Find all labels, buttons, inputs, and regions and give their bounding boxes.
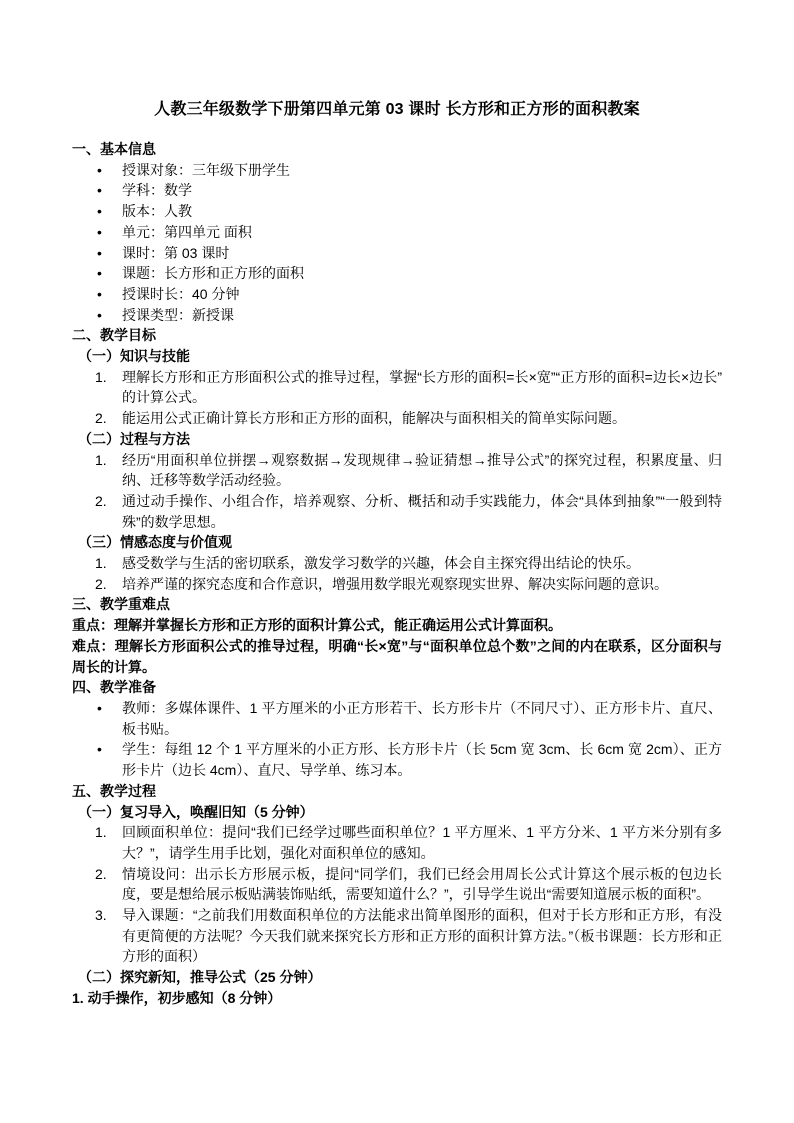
numbered-item: 2.通过动手操作、小组合作，培养观察、分析、概括和动手实践能力，体会“具体到抽象… — [72, 491, 722, 532]
emphasis-paragraph: 重点：理解并掌握长方形和正方形的面积计算公式，能正确运用公式计算面积。 — [72, 615, 722, 636]
bullet-icon: • — [97, 284, 122, 305]
list-item-text: 版本：人教 — [122, 201, 722, 222]
list-number: 2. — [95, 574, 122, 595]
list-item-text: 经历“用面积单位拼摆→观察数据→发现规律→验证猜想→推导公式”的探究过程，积累度… — [122, 450, 722, 491]
sub-heading: （二）探究新知，推导公式（25 分钟） — [72, 967, 722, 988]
bullet-item: •教师：多媒体课件、1 平方厘米的小正方形若干、长方形卡片（不同尺寸）、正方形卡… — [72, 698, 722, 739]
bullet-item: •课题：长方形和正方形的面积 — [72, 263, 722, 284]
list-item-text: 导入课题：“之前我们用数面积单位的方法能求出简单图形的面积，但对于长方形和正方形… — [122, 905, 722, 967]
list-number: 2. — [95, 408, 122, 429]
numbered-item: 1.经历“用面积单位拼摆→观察数据→发现规律→验证猜想→推导公式”的探究过程，积… — [72, 450, 722, 491]
section-heading: 四、教学准备 — [72, 677, 722, 698]
bullet-item: •学科：数学 — [72, 180, 722, 201]
document-page: 人教三年级数学下册第四单元第 03 课时 长方形和正方形的面积教案 一、基本信息… — [0, 0, 794, 1123]
list-item-text: 单元：第四单元 面积 — [122, 222, 722, 243]
numbered-item: 1.回顾面积单位：提问“我们已经学过哪些面积单位？1 平方厘米、1 平方分米、1… — [72, 822, 722, 863]
list-number: 1. — [95, 553, 122, 574]
bullet-icon: • — [97, 180, 122, 201]
bullet-item: •单元：第四单元 面积 — [72, 222, 722, 243]
list-number: 2. — [95, 864, 122, 885]
bullet-icon: • — [97, 263, 122, 284]
bullet-item: •授课对象：三年级下册学生 — [72, 160, 722, 181]
section-heading: 二、教学目标 — [72, 325, 722, 346]
bullet-item: •授课时长：40 分钟 — [72, 284, 722, 305]
list-number: 3. — [95, 905, 122, 926]
numbered-item: 2.情境设问：出示长方形展示板，提问“同学们，我们已经会用周长公式计算这个展示板… — [72, 864, 722, 905]
numbered-item: 1.感受数学与生活的密切联系，激发学习数学的兴趣，体会自主探究得出结论的快乐。 — [72, 553, 722, 574]
numbered-item: 2.培养严谨的探究态度和合作意识，增强用数学眼光观察现实世界、解决实际问题的意识… — [72, 574, 722, 595]
bullet-icon: • — [97, 243, 122, 264]
sub-heading: （二）过程与方法 — [72, 429, 722, 450]
list-number: 1. — [95, 367, 122, 388]
list-item-text: 理解长方形和正方形面积公式的推导过程，掌握“长方形的面积=长×宽”“正方形的面积… — [122, 367, 722, 408]
numbered-item: 3.导入课题：“之前我们用数面积单位的方法能求出简单图形的面积，但对于长方形和正… — [72, 905, 722, 967]
document-blocks: 一、基本信息•授课对象：三年级下册学生•学科：数学•版本：人教•单元：第四单元 … — [72, 139, 722, 1009]
bullet-icon: • — [97, 305, 122, 326]
list-item-text: 培养严谨的探究态度和合作意识，增强用数学眼光观察现实世界、解决实际问题的意识。 — [122, 574, 722, 595]
list-item-text: 授课类型：新授课 — [122, 305, 722, 326]
list-item-text: 情境设问：出示长方形展示板，提问“同学们，我们已经会用周长公式计算这个展示板的包… — [122, 864, 722, 905]
section-heading: 五、教学过程 — [72, 781, 722, 802]
bullet-item: •授课类型：新授课 — [72, 305, 722, 326]
bullet-icon: • — [97, 201, 122, 222]
bold-numbered-heading: 1. 动手操作，初步感知（8 分钟） — [72, 988, 722, 1009]
sub-heading: （三）情感态度与价值观 — [72, 532, 722, 553]
list-item-text: 学生：每组 12 个 1 平方厘米的小正方形、长方形卡片（长 5cm 宽 3cm… — [122, 739, 722, 780]
emphasis-paragraph: 难点：理解长方形面积公式的推导过程，明确“长×宽”与“面积单位总个数”之间的内在… — [72, 636, 722, 677]
list-item-text: 课时：第 03 课时 — [122, 243, 722, 264]
list-item-text: 教师：多媒体课件、1 平方厘米的小正方形若干、长方形卡片（不同尺寸）、正方形卡片… — [122, 698, 722, 739]
sub-heading: （一）知识与技能 — [72, 346, 722, 367]
bullet-item: •学生：每组 12 个 1 平方厘米的小正方形、长方形卡片（长 5cm 宽 3c… — [72, 739, 722, 780]
numbered-item: 2.能运用公式正确计算长方形和正方形的面积，能解决与面积相关的简单实际问题。 — [72, 408, 722, 429]
bullet-icon: • — [97, 698, 122, 719]
document-body: 人教三年级数学下册第四单元第 03 课时 长方形和正方形的面积教案 一、基本信息… — [72, 98, 722, 1009]
list-number: 2. — [95, 491, 122, 512]
list-item-text: 回顾面积单位：提问“我们已经学过哪些面积单位？1 平方厘米、1 平方分米、1 平… — [122, 822, 722, 863]
section-heading: 一、基本信息 — [72, 139, 722, 160]
bullet-icon: • — [97, 222, 122, 243]
list-item-text: 课题：长方形和正方形的面积 — [122, 263, 722, 284]
list-item-text: 通过动手操作、小组合作，培养观察、分析、概括和动手实践能力，体会“具体到抽象”“… — [122, 491, 722, 532]
bullet-item: •课时：第 03 课时 — [72, 243, 722, 264]
section-heading: 三、教学重难点 — [72, 594, 722, 615]
sub-heading: （一）复习导入，唤醒旧知（5 分钟） — [72, 802, 722, 823]
list-item-text: 授课时长：40 分钟 — [122, 284, 722, 305]
list-number: 1. — [95, 822, 122, 843]
bullet-icon: • — [97, 739, 122, 760]
document-title: 人教三年级数学下册第四单元第 03 课时 长方形和正方形的面积教案 — [72, 98, 722, 122]
bullet-item: •版本：人教 — [72, 201, 722, 222]
list-item-text: 感受数学与生活的密切联系，激发学习数学的兴趣，体会自主探究得出结论的快乐。 — [122, 553, 722, 574]
bullet-icon: • — [97, 160, 122, 181]
list-item-text: 学科：数学 — [122, 180, 722, 201]
list-item-text: 授课对象：三年级下册学生 — [122, 160, 722, 181]
numbered-item: 1.理解长方形和正方形面积公式的推导过程，掌握“长方形的面积=长×宽”“正方形的… — [72, 367, 722, 408]
list-item-text: 能运用公式正确计算长方形和正方形的面积，能解决与面积相关的简单实际问题。 — [122, 408, 722, 429]
list-number: 1. — [95, 450, 122, 471]
